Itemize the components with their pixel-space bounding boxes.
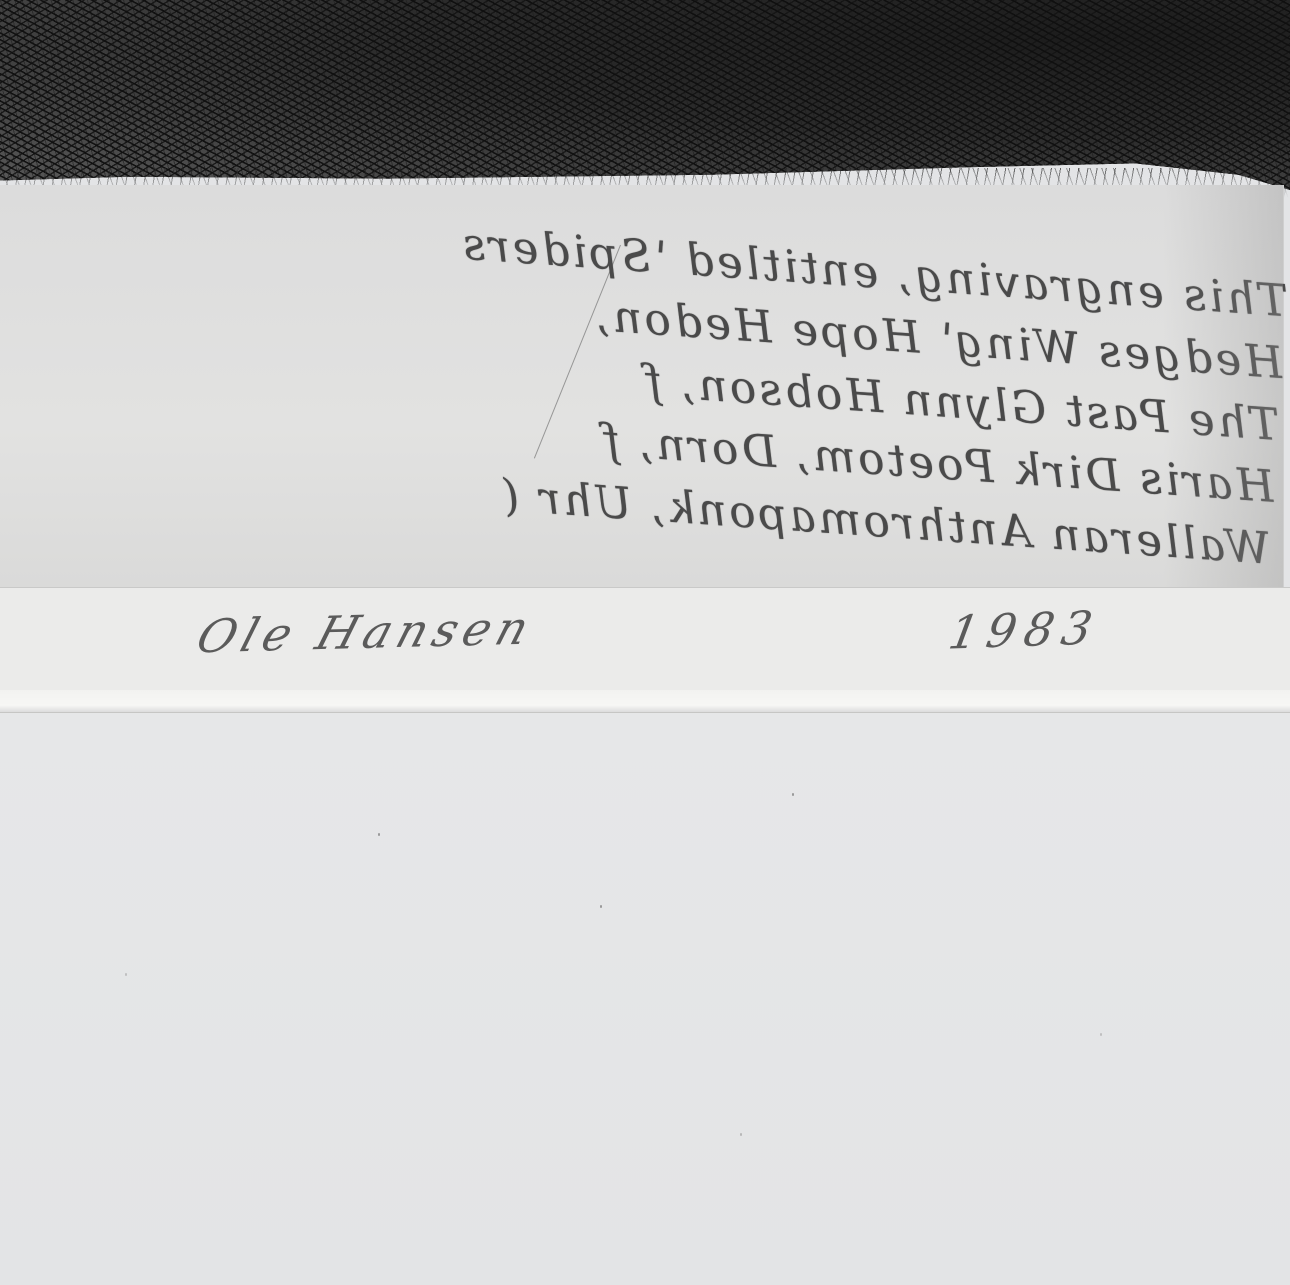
dust-speck: [378, 833, 380, 836]
pencil-signature: Ole Hansen: [191, 601, 542, 664]
dust-speck: [600, 905, 602, 908]
artwork-photo: This engraving, entitled 'Spiders Hedges…: [0, 0, 1290, 1285]
crosshatched-etching-area: [0, 0, 1290, 190]
mat-board: [0, 713, 1290, 1285]
mirrored-inscription: This engraving, entitled 'Spiders Hedges…: [0, 179, 1289, 580]
mat-bevel-edge: [0, 690, 1290, 713]
signature-year: 1983: [945, 600, 1105, 659]
dust-speck: [125, 973, 127, 976]
dust-speck: [1100, 1033, 1102, 1036]
dust-speck: [740, 1133, 742, 1136]
plate-inscription-area: This engraving, entitled 'Spiders Hedges…: [0, 185, 1284, 587]
dust-speck: [792, 793, 794, 796]
